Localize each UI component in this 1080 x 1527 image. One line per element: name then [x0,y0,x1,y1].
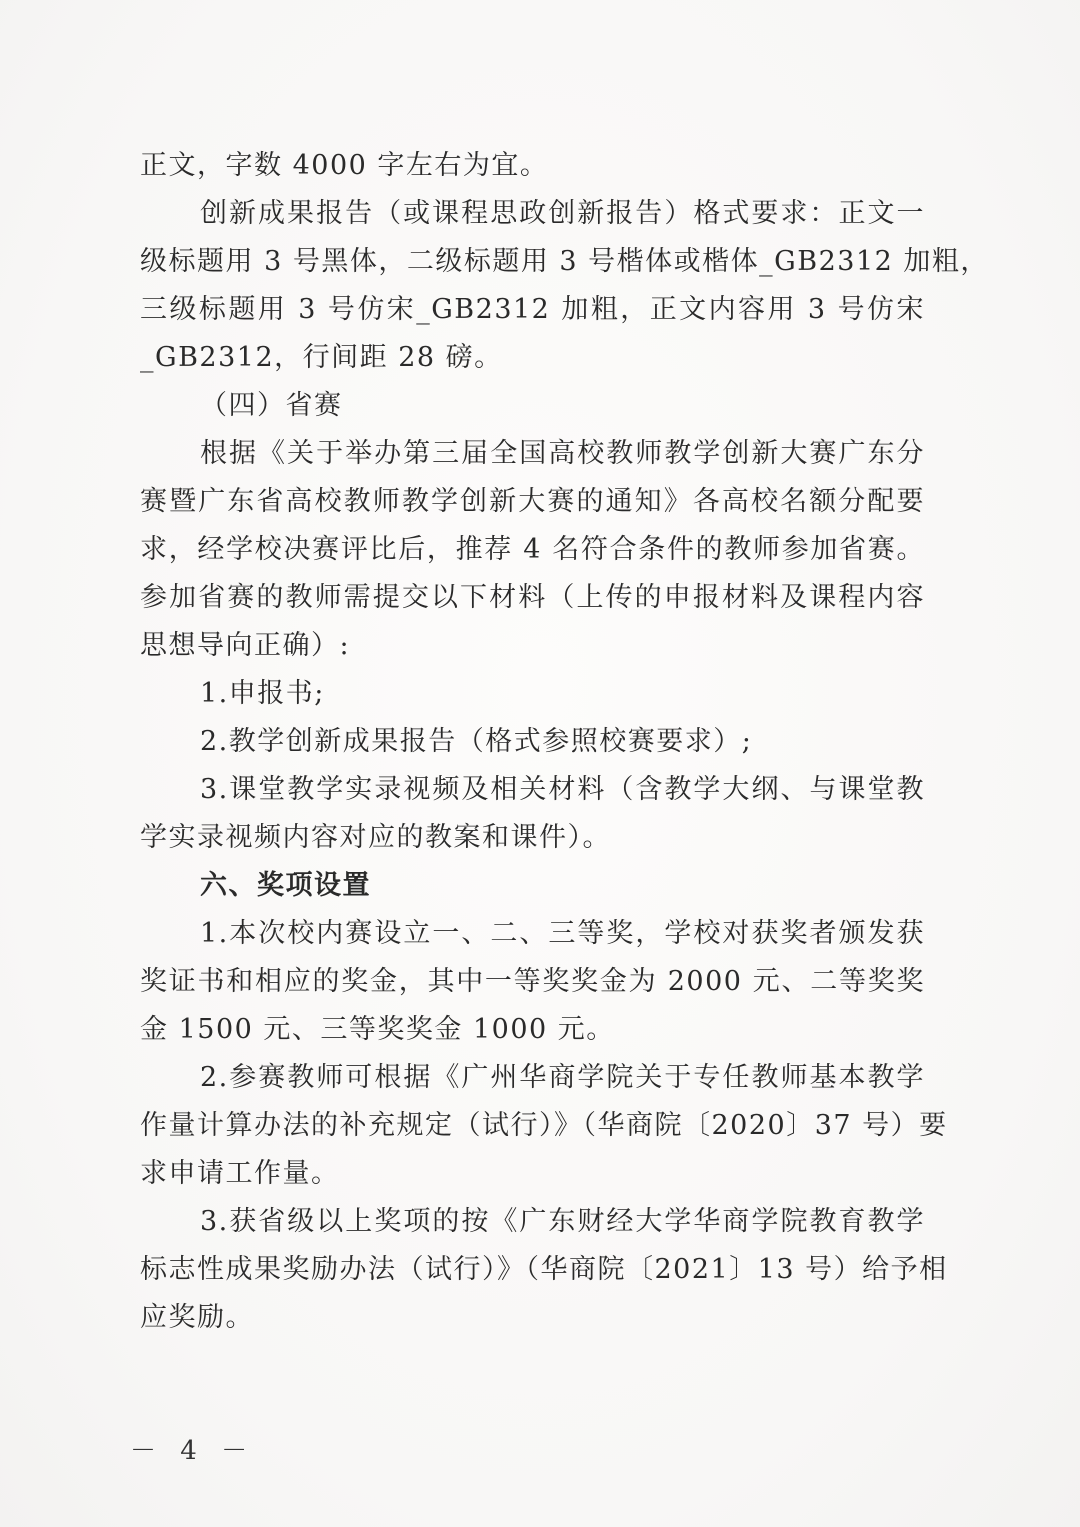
text-line: 思想导向正确）: [140,628,925,664]
text-line: 1.本次校内赛设立一、二、三等奖，学校对获奖者颁发获 [200,916,925,952]
text-line: 应奖励。 [140,1300,925,1336]
text-line: 2.教学创新成果报告（格式参照校赛要求）; [200,724,925,760]
page-number: － 4 － [130,1430,255,1467]
text-line: 三级标题用 3 号仿宋_GB2312 加粗，正文内容用 3 号仿宋 [140,292,925,328]
text-line: 奖证书和相应的奖金，其中一等奖奖金为 2000 元、二等奖奖 [140,964,925,1000]
section-heading: 六、奖项设置 [200,868,925,904]
text-line: 赛暨广东省高校教师教学创新大赛的通知》各高校名额分配要 [140,484,925,520]
text-line: 正文，字数 4000 字左右为宜。 [140,148,925,184]
text-line: 3.获省级以上奖项的按《广东财经大学华商学院教育教学 [200,1204,925,1240]
text-line: 求申请工作量。 [140,1156,925,1192]
text-line: 根据《关于举办第三届全国高校教师教学创新大赛广东分 [200,436,925,472]
text-line: 标志性成果奖励办法（试行）》（华商院〔2021〕13 号）给予相 [140,1252,925,1288]
text-line: 创新成果报告（或课程思政创新报告）格式要求：正文一 [200,196,925,232]
text-line: 1.申报书; [200,676,925,712]
text-line: 级标题用 3 号黑体，二级标题用 3 号楷体或楷体_GB2312 加粗， [140,244,925,280]
text-line: 学实录视频内容对应的教案和课件）。 [140,820,925,856]
text-line: （四）省赛 [200,388,925,424]
text-line: _GB2312，行间距 28 磅。 [140,340,925,376]
text-line: 参加省赛的教师需提交以下材料（上传的申报材料及课程内容 [140,580,925,616]
text-line: 3.课堂教学实录视频及相关材料（含教学大纲、与课堂教 [200,772,925,808]
document-page: 正文，字数 4000 字左右为宜。创新成果报告（或课程思政创新报告）格式要求：正… [0,0,1080,1527]
text-line: 求，经学校决赛评比后，推荐 4 名符合条件的教师参加省赛。 [140,532,925,568]
text-line: 作量计算办法的补充规定（试行）》（华商院〔2020〕37 号）要 [140,1108,925,1144]
text-line: 金 1500 元、三等奖奖金 1000 元。 [140,1012,925,1048]
text-line: 2.参赛教师可根据《广州华商学院关于专任教师基本教学 [200,1060,925,1096]
